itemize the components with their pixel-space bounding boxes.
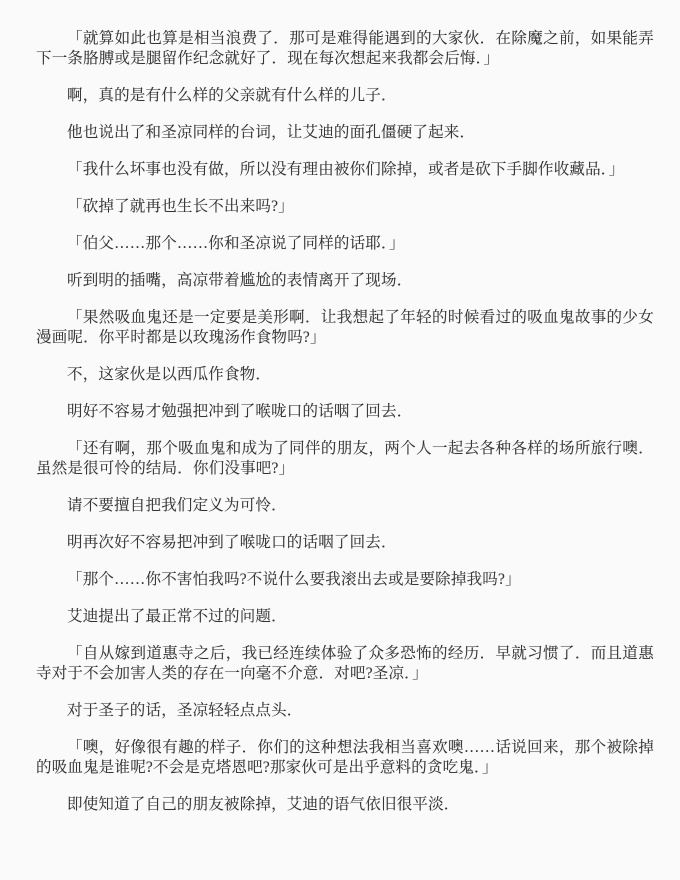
paragraph: 艾迪提出了最正常不过的问题． <box>36 607 654 627</box>
paragraph: 不，这家伙是以西瓜作食物． <box>36 365 654 385</box>
paragraph: 他也说出了和圣凉同样的台词，让艾迪的面孔僵硬了起来． <box>36 123 654 143</box>
paragraph: 明好不容易才勉强把冲到了喉咙口的话咽了回去． <box>36 402 654 422</box>
paragraph: 即使知道了自己的朋友被除掉，艾迪的语气依旧很平淡． <box>36 795 654 815</box>
paragraph: 「果然吸血鬼还是一定要是美形啊．让我想起了年轻的时候看过的吸血鬼故事的少女漫画呢… <box>36 308 654 348</box>
paragraph: 「我什么坏事也没有做，所以没有理由被你们除掉，或者是砍下手脚作收藏品．」 <box>36 160 654 180</box>
paragraph: 「砍掉了就再也生长不出来吗?」 <box>36 197 654 217</box>
paragraph: 听到明的插嘴，高凉带着尴尬的表情离开了现场． <box>36 271 654 291</box>
novel-text-page: 「就算如此也算是相当浪费了．那可是难得能遇到的大家伙．在除魔之前，如果能弄下一条… <box>0 0 680 880</box>
paragraph: 「自从嫁到道惠寺之后，我已经连续体验了众多恐怖的经历．早就习惯了．而且道惠寺对于… <box>36 644 654 684</box>
paragraph: 请不要擅自把我们定义为可怜． <box>36 496 654 516</box>
paragraph: 明再次好不容易把冲到了喉咙口的话咽了回去． <box>36 533 654 553</box>
paragraph: 「那个……你不害怕我吗?不说什么要我滚出去或是要除掉我吗?」 <box>36 570 654 590</box>
paragraph: 「就算如此也算是相当浪费了．那可是难得能遇到的大家伙．在除魔之前，如果能弄下一条… <box>36 29 654 69</box>
paragraph: 「噢，好像很有趣的样子．你们的这种想法我相当喜欢噢……话说回来，那个被除掉的吸血… <box>36 738 654 778</box>
paragraph: 啊，真的是有什么样的父亲就有什么样的儿子． <box>36 86 654 106</box>
paragraph: 「伯父……那个……你和圣凉说了同样的话耶．」 <box>36 234 654 254</box>
paragraph: 对于圣子的话，圣凉轻轻点点头． <box>36 701 654 721</box>
paragraph: 「还有啊，那个吸血鬼和成为了同伴的朋友，两个人一起去各种各样的场所旅行噢．虽然是… <box>36 439 654 479</box>
